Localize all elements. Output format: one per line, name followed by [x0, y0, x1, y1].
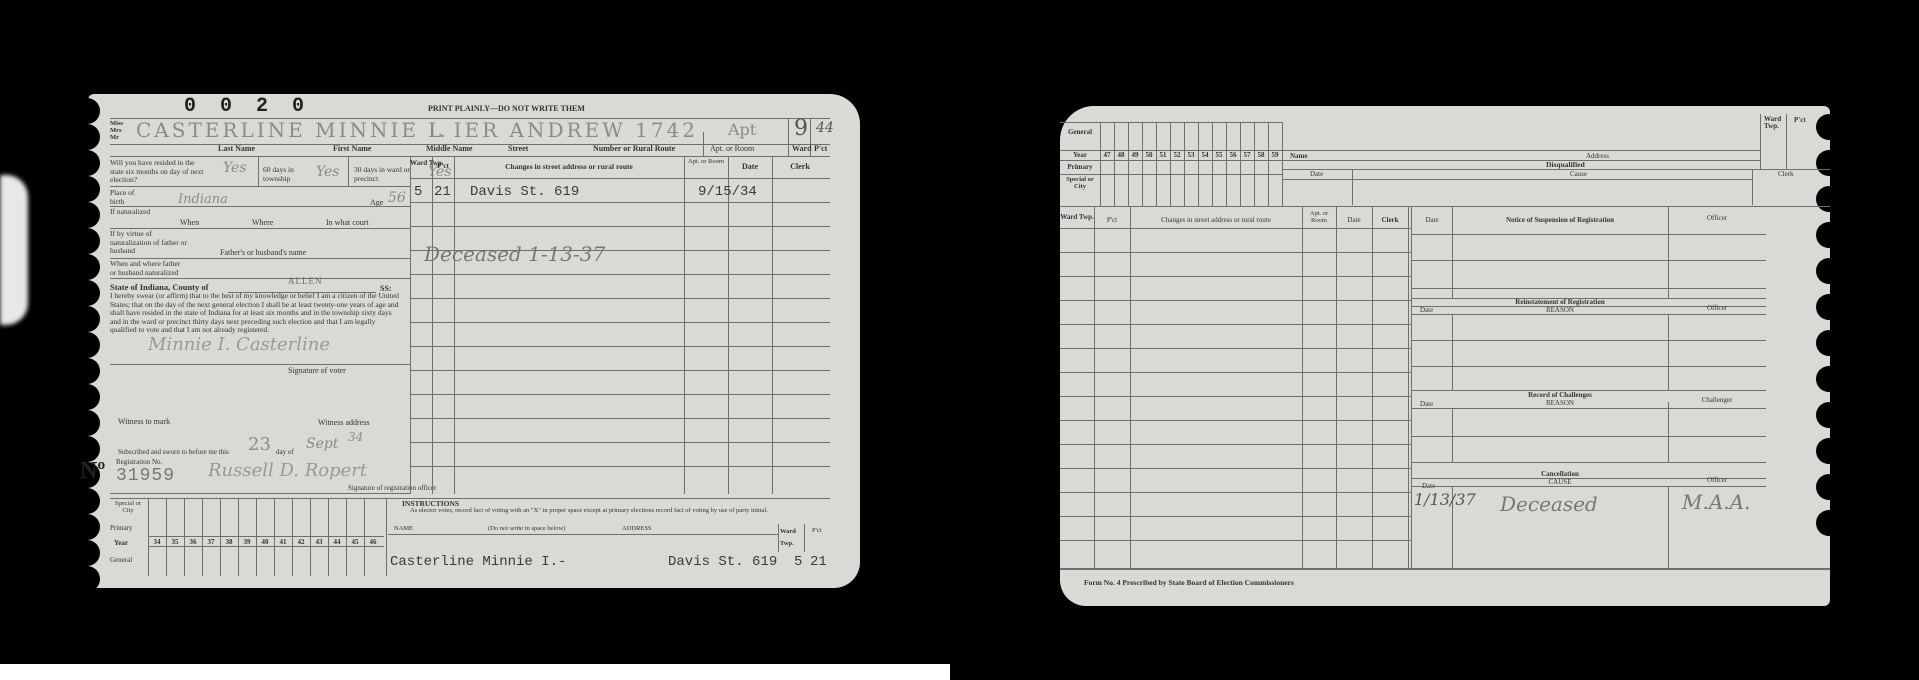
card-edge-notch: [74, 384, 100, 410]
grid-year: 52: [1170, 151, 1184, 159]
row1-ward: 5: [414, 184, 422, 200]
label-suspension-date: Date: [1412, 216, 1452, 225]
table-row-line: [1060, 252, 1411, 253]
label-ward: Ward: [792, 144, 812, 153]
col-apt: Apt. or Room: [684, 158, 728, 165]
table-row-line: [410, 346, 830, 347]
label-index-ward: Ward Twp.: [780, 526, 798, 550]
table-row-line: [1060, 228, 1411, 229]
card-edge-notch: [74, 566, 100, 592]
title-prefixes: MissMrsMr: [110, 120, 123, 141]
grid-column-line: [1226, 122, 1227, 206]
label-pct: P'ct: [814, 144, 827, 153]
index-ward: 5: [794, 554, 802, 570]
grid-year: 50: [1142, 151, 1156, 159]
label-suspension-officer: Officer: [1668, 214, 1766, 223]
question-ward: 30 days in ward or precinct: [354, 166, 426, 183]
table-row-line: [410, 274, 830, 275]
card-edge-notch: [74, 410, 100, 436]
back-grid-label-primary: Primary: [1060, 163, 1100, 172]
answer-township: Yes: [316, 164, 340, 180]
col-ward-twp: Ward Twp.: [410, 160, 432, 167]
label-naturalized: If naturalized: [110, 208, 170, 217]
film-artifact: [0, 175, 28, 325]
grid-column-line: [310, 498, 311, 576]
ward-handwritten: 9: [794, 116, 808, 141]
card-edge-notch: [74, 254, 100, 280]
white-strip-artifact: [0, 664, 950, 680]
grid-year: 37: [204, 538, 218, 546]
grid-year: 57: [1240, 151, 1254, 159]
card-edge-notch: [1816, 330, 1842, 356]
card-edge-notch: [74, 306, 100, 332]
grid-column-line: [292, 498, 293, 576]
suspension-heading: Notice of Suspension of Registration: [1452, 216, 1668, 225]
grid-year: 48: [1114, 151, 1128, 159]
back-col-clerk: Clerk: [1372, 216, 1408, 225]
question-township: 60 days in township: [263, 166, 313, 183]
grid-column-line: [166, 498, 167, 576]
grid-year: 45: [348, 538, 362, 546]
answer-state-residence: Yes: [223, 160, 247, 176]
registration-card-back: General Year Primary Special or City 474…: [1060, 106, 1830, 606]
table-row-line: [410, 418, 830, 419]
apt-handwritten: Apt: [728, 120, 756, 139]
index-pct: 21: [810, 554, 827, 570]
grid-year: 54: [1198, 151, 1212, 159]
card-edge-notch: [74, 124, 100, 150]
table-row-line: [1060, 300, 1411, 301]
grid-year: 36: [186, 538, 200, 546]
table-row-line: [410, 466, 830, 467]
card-edge-notch: [74, 176, 100, 202]
header-note: PRINT PLAINLY—DO NOT WRITE THEM: [428, 104, 585, 113]
grid-column-line: [1240, 122, 1241, 206]
index-address: Davis St. 619: [668, 554, 777, 570]
punch-hole: [64, 515, 80, 531]
grid-column-line: [1128, 122, 1129, 206]
back-col-pct: P'ct: [1094, 216, 1130, 225]
label-nat-where: Where: [252, 218, 273, 227]
card-edge-notch: [1816, 366, 1842, 392]
grid-year: 58: [1254, 151, 1268, 159]
card-edge-notch: [1816, 186, 1842, 212]
form-footer: Form No. 4 Prescribed by State Board of …: [1084, 578, 1294, 587]
grid-column-line: [184, 498, 185, 576]
instructions-text: As elector votes, record fact of voting …: [410, 507, 810, 514]
grid-year: 39: [240, 538, 254, 546]
back-grid-label-year: Year: [1060, 151, 1100, 160]
grid-column-line: [1212, 122, 1213, 206]
grid-column-line: [328, 498, 329, 576]
grid-year: 44: [330, 538, 344, 546]
table-row-line: [410, 442, 830, 443]
card-edge-notch: [1816, 222, 1842, 248]
table-row-line: [1060, 276, 1411, 277]
table-row-line: [1060, 468, 1411, 469]
label-middle-name: Middle Name: [426, 144, 472, 153]
grid-column-line: [1114, 122, 1115, 206]
grid-year: 53: [1184, 151, 1198, 159]
grid-year: 40: [258, 538, 272, 546]
county-value: ALLEN: [288, 277, 323, 286]
card-edge-notch: [1816, 438, 1842, 464]
grid-year: 41: [276, 538, 290, 546]
label-witness-mark: Witness to mark: [118, 417, 170, 426]
grid-year: 35: [168, 538, 182, 546]
grid-column-line: [238, 498, 239, 576]
table-row-line: [1060, 396, 1411, 397]
label-sworn: Subscribed and sworn to before me this: [118, 448, 229, 457]
voter-signature: Minnie I. Casterline: [148, 334, 330, 355]
table-row-line: [1060, 372, 1411, 373]
card-edge-notch: [1816, 114, 1842, 140]
registration-number: 31959: [116, 466, 175, 486]
back-col-date: Date: [1336, 216, 1372, 225]
table-row-line: [1060, 324, 1411, 325]
label-reinstatement-officer: Officer: [1668, 304, 1766, 313]
back-grid-label-general: General: [1060, 128, 1100, 137]
grid-year: 43: [312, 538, 326, 546]
label-nat-when: When: [180, 218, 199, 227]
grid-column-line: [1198, 122, 1199, 206]
card-edge-notch: [74, 488, 100, 514]
card-edge-notch: [1816, 510, 1842, 536]
label-birth-place: Place of birth: [110, 189, 150, 206]
label-challenges-reason: REASON: [1452, 399, 1668, 408]
back-col-ward: Ward Twp.: [1060, 214, 1094, 221]
grid-column-line: [1254, 122, 1255, 206]
card-edge-notch: [74, 150, 100, 176]
table-row-line: [1060, 492, 1411, 493]
grid-year: 56: [1226, 151, 1240, 159]
card-edge-notch: [1816, 150, 1842, 176]
grid-column-line: [274, 498, 275, 576]
label-index-name: NAME: [394, 524, 413, 533]
col-date: Date: [728, 162, 772, 171]
grid-label-year: Year: [114, 539, 128, 548]
card-edge-notch: [74, 98, 100, 124]
table-row-line: [410, 370, 830, 371]
col-pct: P'ct: [432, 162, 454, 171]
label-do-not-write: (Do not write in space below): [488, 524, 565, 533]
table-row-line: [1060, 444, 1411, 445]
grid-year: 42: [294, 538, 308, 546]
label-dq-ward: Ward Twp.: [1764, 116, 1784, 130]
grid-label-primary: Primary: [110, 524, 133, 533]
label-number: Number or Rural Route: [593, 144, 675, 153]
label-dq-date: Date: [1310, 170, 1323, 179]
sworn-day: 23: [248, 434, 271, 455]
grid-column-line: [1184, 122, 1185, 206]
back-col-apt: Apt. or Room: [1302, 210, 1336, 224]
street-handwritten: L IER ANDREW 1742: [428, 118, 698, 142]
grid-column-line: [148, 498, 149, 576]
grid-column-line: [1268, 122, 1269, 206]
grid-column-line: [1156, 122, 1157, 206]
grid-year: 59: [1268, 151, 1282, 159]
table-row-line: [410, 322, 830, 323]
label-father-naturalization: If by virtue of naturalization of father…: [110, 230, 188, 256]
grid-year: 34: [150, 538, 164, 546]
grid-label-general: General: [110, 556, 132, 565]
dq-heading: Disqualified: [1546, 160, 1585, 169]
label-index-address: ADDRESS: [622, 524, 652, 533]
label-challenger: Challenger: [1668, 396, 1766, 405]
card-edge-notch: [74, 228, 100, 254]
card-edge-notch: [1816, 474, 1842, 500]
grid-column-line: [1100, 122, 1101, 206]
back-col-changes: Changes in street address or rural route: [1130, 216, 1302, 225]
sworn-month: Sept: [306, 436, 338, 452]
question-state-residence: Will you have resided in the state six m…: [110, 159, 210, 185]
grid-year: 51: [1156, 151, 1170, 159]
table-row-line: [410, 202, 830, 203]
card-edge-notch: [1816, 258, 1842, 284]
grid-year: 46: [366, 538, 380, 546]
label-cancellation-officer: Officer: [1668, 476, 1766, 485]
label-day-of: day of: [276, 448, 294, 457]
card-edge-notch: [74, 280, 100, 306]
sworn-year: 34: [348, 430, 363, 444]
card-serial: 0 0 2 0: [184, 96, 310, 118]
label-first-name: First Name: [333, 144, 371, 153]
label-witness-address: Witness address: [318, 418, 369, 427]
col-clerk: Clerk: [772, 162, 828, 171]
back-grid-label-special: Special or City: [1060, 176, 1100, 190]
grid-column-line: [346, 498, 347, 576]
label-apt: Apt. or Room: [710, 144, 754, 153]
grid-year: 38: [222, 538, 236, 546]
table-row-line: [410, 394, 830, 395]
grid-year: 55: [1212, 151, 1226, 159]
card-edge-notch: [1816, 402, 1842, 428]
table-row-line: [410, 226, 830, 227]
label-index-pct: P'ct: [812, 526, 821, 535]
table-row-line: [1060, 420, 1411, 421]
table-row-line: [410, 298, 830, 299]
grid-column-line: [256, 498, 257, 576]
label-father-name: Father's or husband's name: [220, 248, 306, 257]
label-registration-officer: Signature of registration officer: [348, 484, 436, 493]
table-row-line: [1060, 540, 1411, 541]
row1-address: Davis St. 619: [470, 184, 579, 200]
registration-officer-signature: Russell D. Ropert: [208, 460, 367, 481]
name-handwritten: CASTERLINE MINNIE I.: [136, 118, 449, 142]
cancellation-officer-value: M.A.A.: [1682, 490, 1750, 514]
row1-pct: 21: [434, 184, 451, 200]
label-father-when-where: When and where father or husband natural…: [110, 260, 188, 277]
grid-column-line: [202, 498, 203, 576]
table-row-line: [1060, 348, 1411, 349]
table-row-line: [1060, 516, 1411, 517]
cancellation-date-value: 1/13/37: [1414, 490, 1476, 509]
cancellation-cause-value: Deceased: [1500, 492, 1598, 516]
birth-place-value: Indiana: [178, 192, 228, 207]
label-nat-court: In what court: [326, 218, 369, 227]
grid-column-line: [1142, 122, 1143, 206]
oath-text: I hereby swear (or affirm) that to the b…: [110, 292, 400, 335]
grid-column-line: [364, 498, 365, 576]
label-dq-clerk: Clerk: [1778, 170, 1794, 179]
registration-card-front: 0 0 2 0 PRINT PLAINLY—DO NOT WRITE THEM …: [88, 94, 860, 588]
grid-year: 49: [1128, 151, 1142, 159]
label-street: Street: [508, 144, 528, 153]
label-voter-signature: Signature of voter: [288, 366, 346, 375]
index-name: Casterline Minnie I.-: [390, 554, 566, 570]
card-edge-notch: [74, 202, 100, 228]
table-row-line: [410, 178, 830, 179]
number-symbol: Nº: [80, 458, 105, 485]
deceased-note: Deceased 1-13-37: [424, 242, 605, 266]
row1-date: 9/15/34: [698, 184, 757, 200]
card-edge-notch: [74, 332, 100, 358]
label-last-name: Last Name: [218, 144, 255, 153]
age-value: 56: [388, 190, 406, 206]
pct-handwritten: 44: [816, 120, 834, 136]
grid-column-line: [1170, 122, 1171, 206]
label-dq-pct: P'ct: [1794, 116, 1806, 125]
card-edge-notch: [74, 358, 100, 384]
grid-column-line: [220, 498, 221, 576]
card-edge-notch: [74, 540, 100, 566]
label-dq-cause: Cause: [1570, 170, 1587, 179]
grid-year: 47: [1100, 151, 1114, 159]
col-changes: Changes in street address or rural route: [454, 162, 684, 171]
grid-label-special: Special or City: [110, 500, 146, 514]
card-edge-notch: [1816, 294, 1842, 320]
